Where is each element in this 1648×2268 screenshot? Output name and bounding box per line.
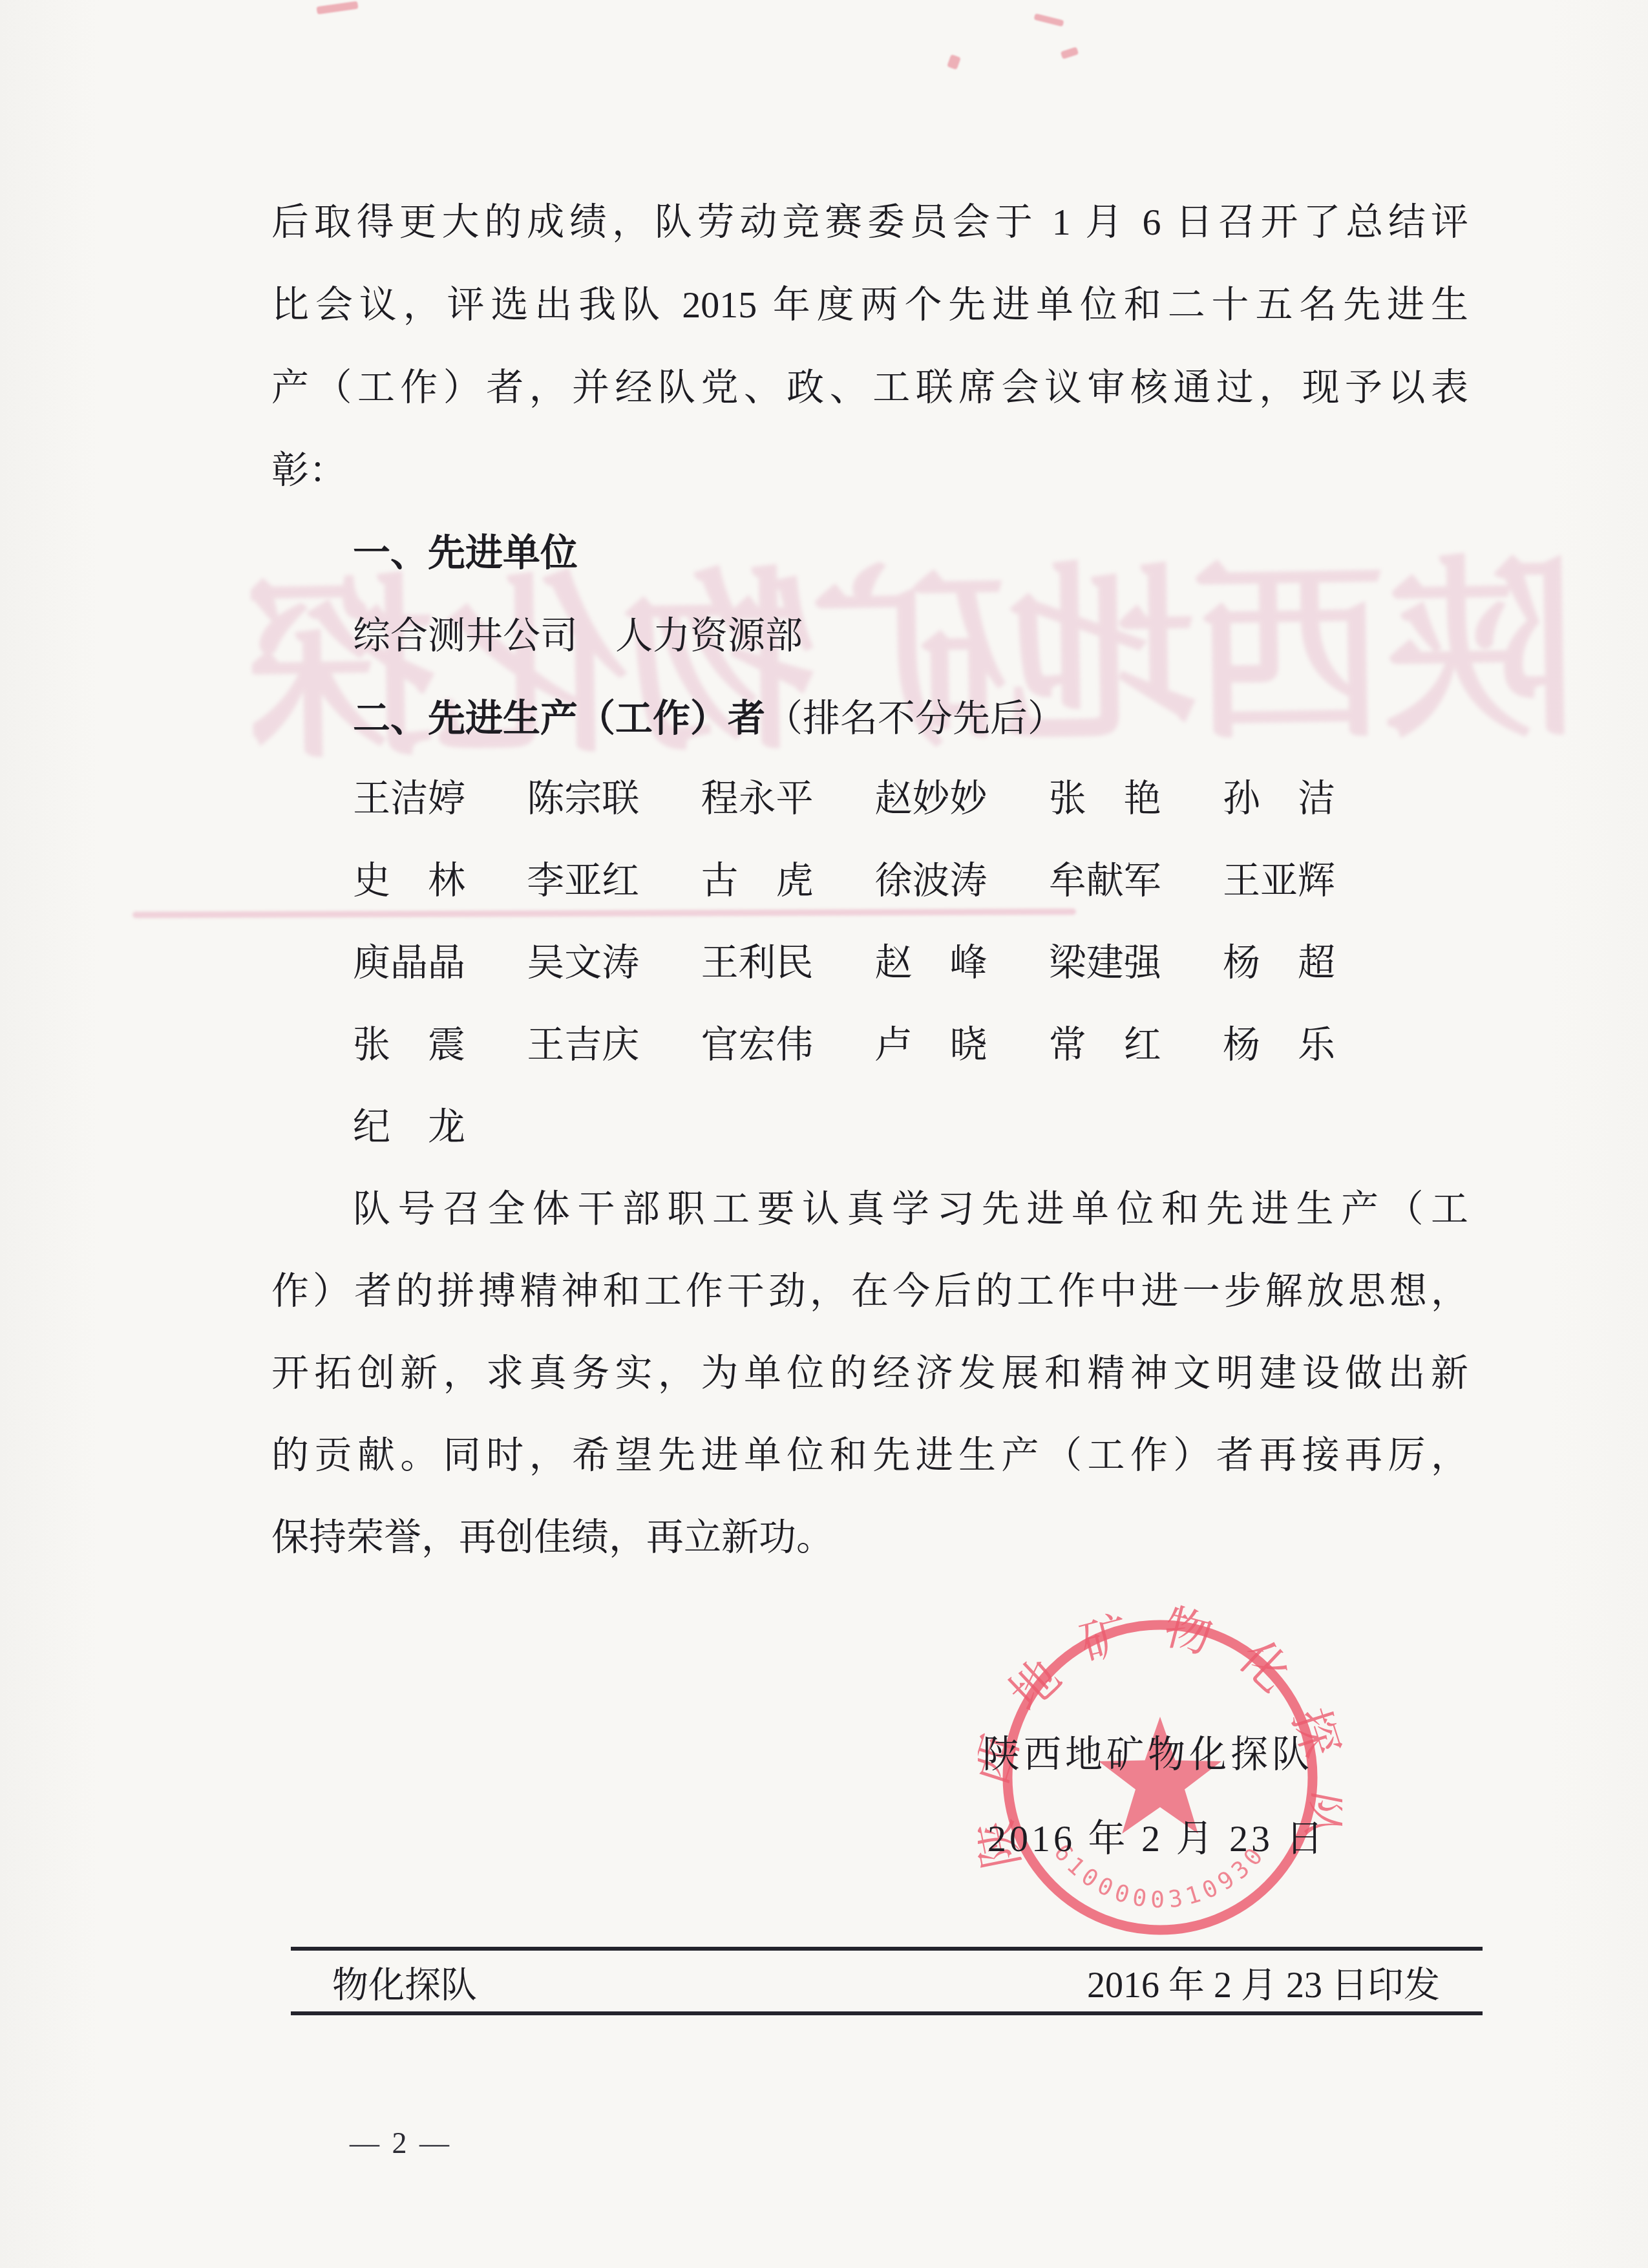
name: 徐波涛 — [875, 858, 988, 904]
red-ink-speck — [1033, 14, 1064, 27]
name: 赵 峰 — [875, 940, 988, 986]
body-line: 保持荣誉，再创佳绩，再立新功。 — [271, 1514, 1468, 1561]
page-number: — 2 — — [304, 2125, 498, 2161]
footer-print-date: 2016 年 2 月 23 日印发 — [1087, 1965, 1440, 2006]
names-row: 纪 龙 — [353, 1104, 1335, 1150]
body-line: 后取得更大的成绩，队劳动竞赛委员会于 1 月 6 日召开了总结评 — [271, 199, 1468, 246]
section2-heading-bold: 二、先进生产（工作）者 — [353, 697, 765, 739]
name: 牟献军 — [1049, 858, 1161, 904]
red-ink-speck — [316, 1, 358, 15]
names-row: 王洁婷陈宗联程永平赵妙妙张 艳孙 洁 — [353, 776, 1335, 822]
advanced-units-line: 综合测井公司 人力资源部 — [353, 613, 1468, 659]
name: 杨 乐 — [1223, 1022, 1335, 1068]
name: 官宏伟 — [701, 1022, 813, 1068]
name: 孙 洁 — [1223, 776, 1335, 822]
section1-heading: 一、先进单位 — [353, 530, 1468, 577]
pink-ink-streak — [132, 908, 1076, 918]
body-line: 的贡献。同时，希望先进单位和先进生产（工作）者再接再厉， — [271, 1432, 1468, 1479]
name: 王利民 — [701, 940, 813, 986]
name: 程永平 — [701, 776, 813, 822]
name: 常 红 — [1049, 1022, 1161, 1068]
body-line: 比会议，评选出我队 2015 年度两个先进单位和二十五名先进生 — [271, 282, 1468, 328]
name: 庾晶晶 — [353, 940, 465, 986]
name: 张 震 — [353, 1022, 465, 1068]
red-ink-speck — [947, 54, 961, 70]
red-ink-speck — [1061, 47, 1079, 59]
name: 卢 晓 — [875, 1022, 988, 1068]
name: 李亚红 — [527, 858, 639, 904]
body-line: 作）者的拼搏精神和工作干劲，在今后的工作中进一步解放思想， — [271, 1268, 1468, 1315]
footer-issuer: 物化探队 — [332, 1965, 477, 2006]
signature-date: 2016 年 2 月 23 日 — [988, 1816, 1327, 1861]
name: 古 虎 — [701, 858, 813, 904]
names-row: 张 震王吉庆官宏伟卢 晓常 红杨 乐 — [353, 1022, 1335, 1068]
section2-heading: 二、先进生产（工作）者（排名不分先后） — [353, 695, 1468, 742]
body-line: 彰： — [271, 447, 1468, 494]
section2-heading-note: （排名不分先后） — [765, 697, 1065, 739]
name: 王吉庆 — [527, 1022, 639, 1068]
name: 梁建强 — [1049, 940, 1161, 986]
body-line: 开拓创新，求真务实，为单位的经济发展和精神文明建设做出新 — [271, 1350, 1468, 1397]
body-line: 队号召全体干部职工要认真学习先进单位和先进生产（工 — [353, 1186, 1468, 1233]
name: 杨 超 — [1223, 940, 1335, 986]
official-seal: 陕西地矿物化探队 6100000310930 — [978, 1595, 1342, 1960]
name: 王亚辉 — [1223, 858, 1335, 904]
footer-rule-bottom — [291, 2011, 1483, 2015]
name: 纪 龙 — [353, 1104, 465, 1150]
name: 张 艳 — [1049, 776, 1161, 822]
name: 陈宗联 — [527, 776, 639, 822]
signature-org: 陕西地矿物化探队 — [982, 1732, 1313, 1777]
name: 赵妙妙 — [875, 776, 988, 822]
name: 史 林 — [353, 858, 465, 904]
name: 吴文涛 — [527, 940, 639, 986]
footer-rule-top — [291, 1947, 1483, 1951]
body-line: 产（工作）者，并经队党、政、工联席会议审核通过，现予以表 — [271, 365, 1468, 411]
names-row: 史 林李亚红古 虎徐波涛牟献军王亚辉 — [353, 858, 1335, 904]
names-row: 庾晶晶吴文涛王利民赵 峰梁建强杨 超 — [353, 940, 1335, 986]
name: 王洁婷 — [353, 776, 465, 822]
scanned-document-page: 陕西地矿物化探队文件 后取得更大的成绩，队劳动竞赛委员会于 1 月 6 日召开了… — [0, 0, 1648, 2268]
